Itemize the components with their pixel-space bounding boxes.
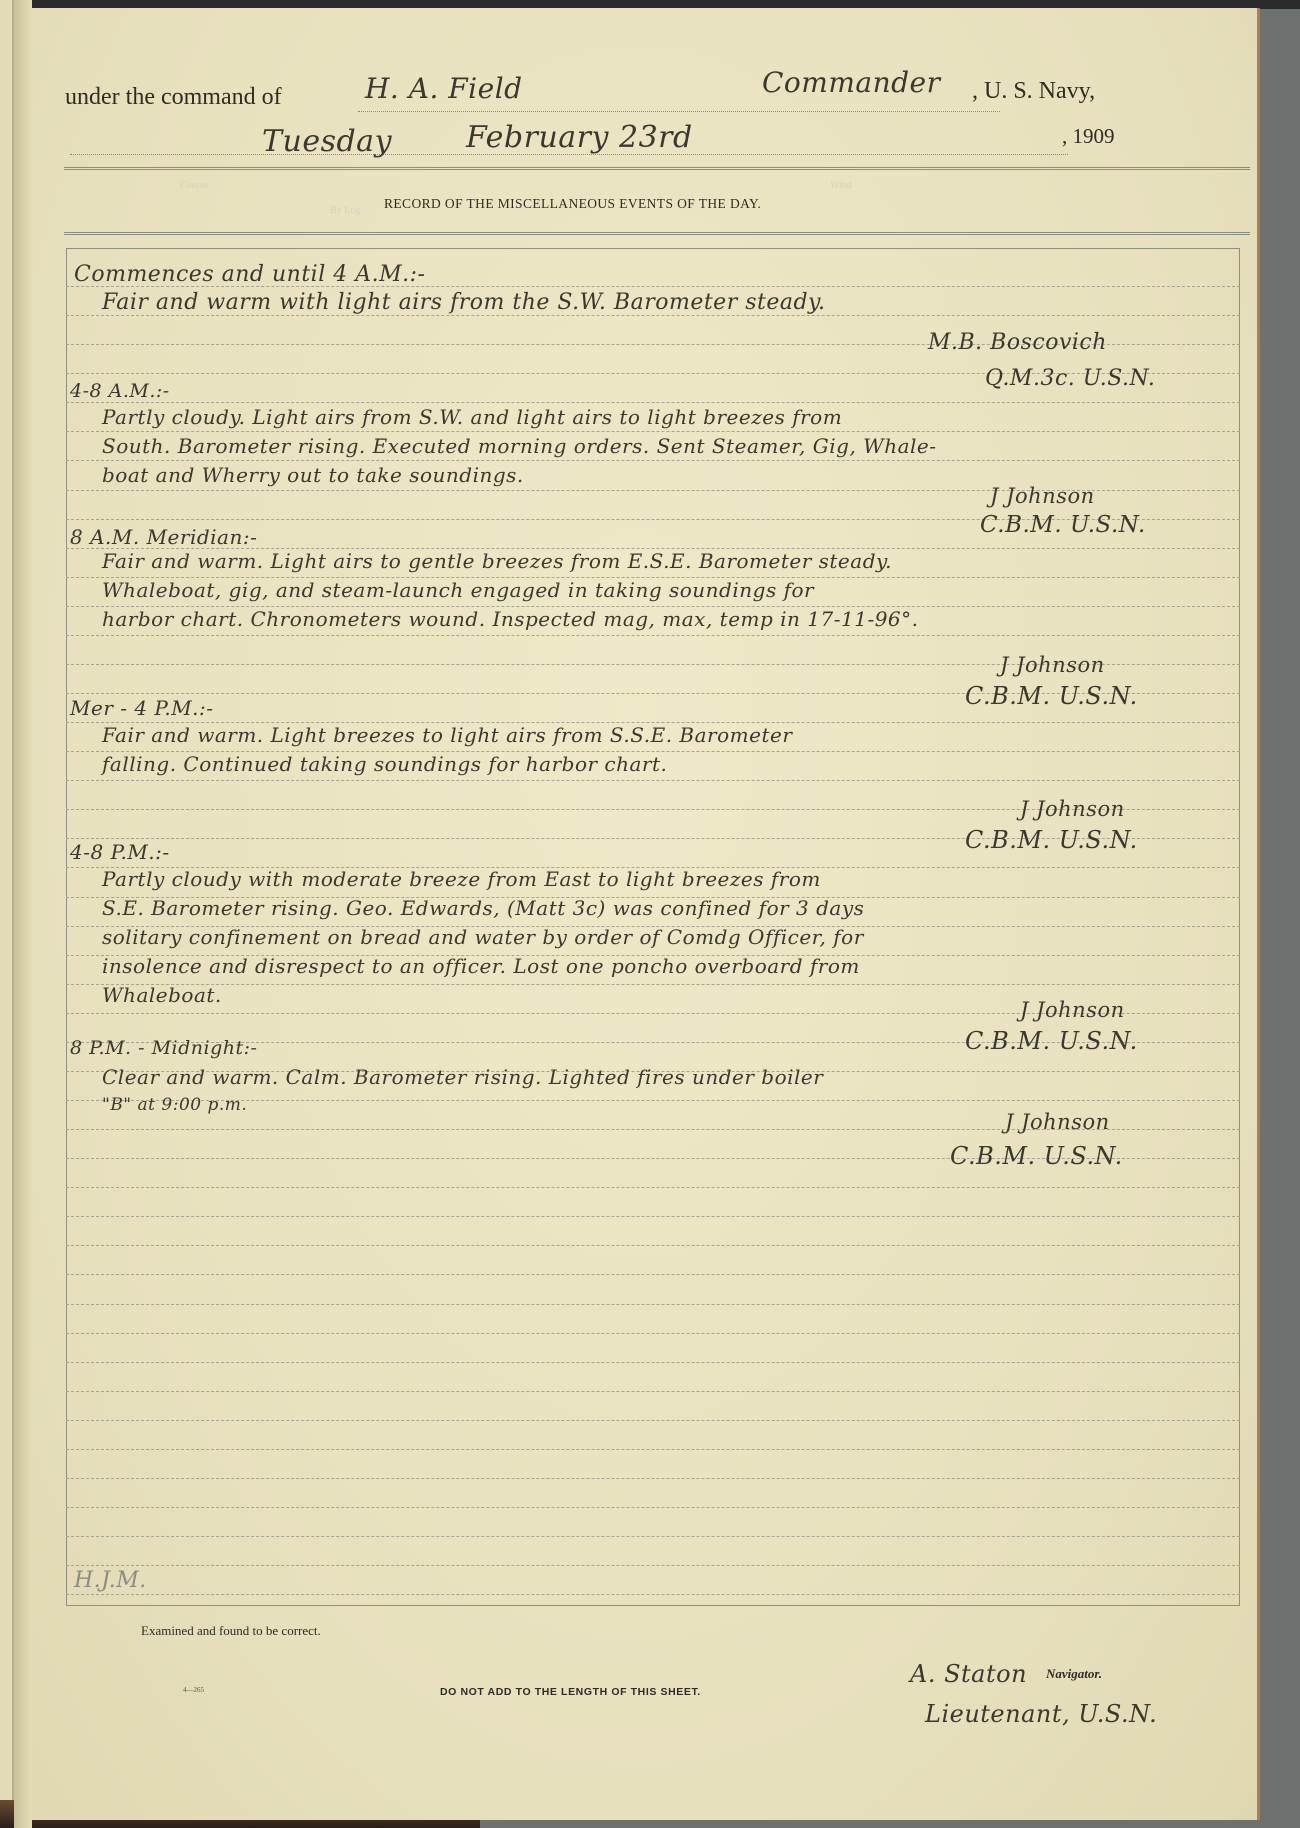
watch-line: solitary confinement on bread and water … — [102, 925, 864, 949]
margin-initials: H.J.M. — [74, 1568, 147, 1593]
watch-line: South. Barometer rising. Executed mornin… — [102, 434, 937, 458]
commander-name: H. A. Field — [365, 72, 523, 105]
watch-heading: 4-8 A.M.:- — [70, 380, 170, 402]
year: , 1909 — [1062, 124, 1115, 149]
signature: J Johnson — [990, 484, 1095, 508]
navigator-rank: Lieutenant, U.S.N. — [925, 1700, 1157, 1728]
bleed-through-text: By Log — [330, 205, 360, 216]
signature-rank: C.B.M. U.S.N. — [965, 826, 1138, 854]
facing-page-edge — [0, 0, 14, 1815]
header-rule-bottom — [64, 232, 1250, 235]
watch-heading: Commences and until 4 A.M.:- — [74, 262, 425, 287]
watch-line: Whaleboat, gig, and steam-launch engaged… — [102, 578, 814, 602]
ruled-line — [66, 1304, 1240, 1305]
commander-rank: Commander — [762, 66, 941, 99]
ruled-line — [66, 1536, 1240, 1537]
bleed-through-text: Wind — [830, 180, 852, 191]
watch-line: Clear and warm. Calm. Barometer rising. … — [102, 1065, 823, 1089]
watch-line: insolence and disrespect to an officer. … — [102, 954, 860, 978]
watch-line: Fair and warm with light airs from the S… — [102, 290, 826, 315]
ruled-line — [66, 1333, 1240, 1334]
ruled-line — [66, 431, 1240, 432]
watch-line: falling. Continued taking soundings for … — [102, 752, 667, 776]
ruled-line — [66, 1187, 1240, 1188]
signature: J Johnson — [1020, 797, 1125, 821]
watch-line: Partly cloudy. Light airs from S.W. and … — [102, 405, 842, 429]
section-title: RECORD OF THE MISCELLANEOUS EVENTS OF TH… — [384, 196, 761, 212]
signature-rank: Q.M.3c. U.S.N. — [985, 366, 1155, 391]
watch-line: S.E. Barometer rising. Geo. Edwards, (Ma… — [102, 896, 864, 920]
watch-line: harbor chart. Chronometers wound. Inspec… — [102, 607, 919, 631]
service-suffix: , U. S. Navy, — [972, 78, 1095, 105]
header-rule-top — [64, 167, 1250, 170]
watch-line: Partly cloudy with moderate breeze from … — [102, 867, 821, 891]
navigator-signature: A. Staton — [910, 1660, 1027, 1688]
watch-line: Fair and warm. Light breezes to light ai… — [102, 723, 792, 747]
ruled-line — [66, 780, 1240, 781]
ruled-line — [66, 1565, 1240, 1566]
ruled-line — [66, 1507, 1240, 1508]
bleed-through-text: Course — [180, 180, 208, 191]
ruled-line — [66, 1245, 1240, 1246]
watch-line: boat and Wherry out to take soundings. — [102, 463, 524, 487]
spine-shadow — [14, 0, 32, 1828]
signature: M.B. Boscovich — [928, 330, 1107, 355]
commander-blank — [358, 111, 1000, 112]
signature-rank: C.B.M. U.S.N. — [980, 512, 1146, 538]
ruled-line — [66, 1449, 1240, 1450]
watch-heading: Mer - 4 P.M.:- — [70, 696, 214, 720]
ruled-line — [66, 402, 1240, 403]
form-number: 4—265 — [183, 1686, 204, 1694]
signature-rank: C.B.M. U.S.N. — [950, 1142, 1123, 1170]
ruled-line — [66, 984, 1240, 985]
ruled-line — [66, 1274, 1240, 1275]
ruled-line — [66, 1391, 1240, 1392]
signature: J Johnson — [1020, 998, 1125, 1022]
watch-line: Whaleboat. — [102, 983, 222, 1007]
watch-heading: 8 P.M. - Midnight:- — [70, 1037, 257, 1059]
watch-line: "B" at 9:00 p.m. — [102, 1095, 247, 1115]
ruled-line — [66, 1362, 1240, 1363]
signature: J Johnson — [1000, 653, 1105, 677]
weekday: Tuesday — [262, 124, 392, 159]
signature-rank: C.B.M. U.S.N. — [965, 682, 1138, 710]
signature-rank: C.B.M. U.S.N. — [965, 1027, 1138, 1055]
ruled-line — [66, 315, 1240, 316]
length-notice: DO NOT ADD TO THE LENGTH OF THIS SHEET. — [440, 1686, 701, 1698]
ruled-line — [66, 1478, 1240, 1479]
signature: J Johnson — [1005, 1110, 1110, 1134]
command-prefix: under the command of — [65, 84, 282, 111]
ruled-line — [66, 460, 1240, 461]
ruled-line — [66, 635, 1240, 636]
ruled-line — [66, 1216, 1240, 1217]
navigator-label: Navigator. — [1046, 1666, 1102, 1682]
watch-line: Fair and warm. Light airs to gentle bree… — [102, 549, 892, 573]
watch-heading: 8 A.M. Meridian:- — [70, 525, 257, 549]
watch-heading: 4-8 P.M.:- — [70, 840, 170, 864]
ruled-line — [66, 1420, 1240, 1421]
examined-text: Examined and found to be correct. — [141, 1623, 321, 1639]
ruled-line — [66, 1594, 1240, 1595]
date: February 23rd — [466, 120, 693, 155]
